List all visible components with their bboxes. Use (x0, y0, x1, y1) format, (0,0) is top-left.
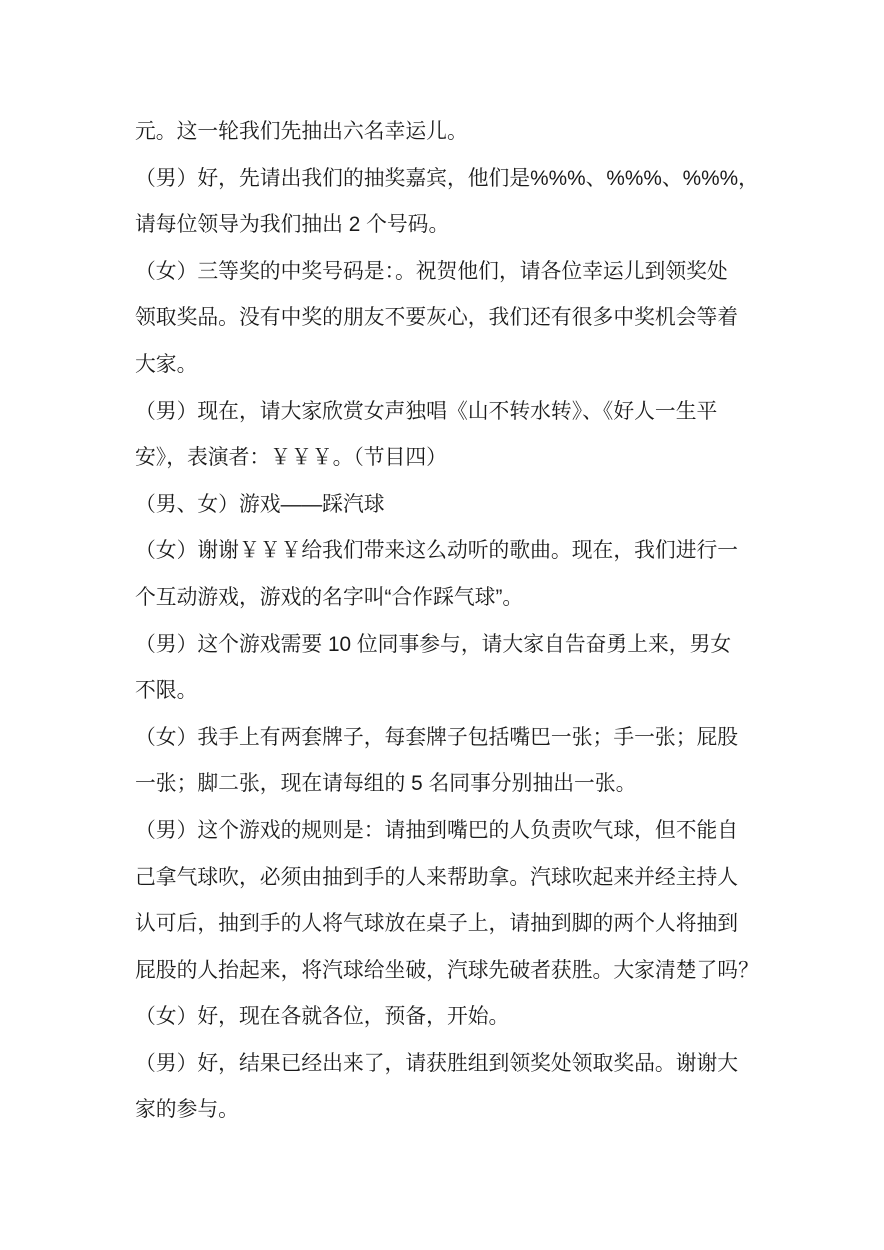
text-line: 领取奖品。没有中奖的朋友不要灰心，我们还有很多中奖机会等着 (135, 295, 824, 342)
text-line: （男）这个游戏的规则是：请抽到嘴巴的人负责吹气球，但不能自 (135, 808, 824, 855)
text-line: 请每位领导为我们抽出 2 个号码。 (135, 202, 824, 249)
paragraph: 元。这一轮我们先抽出六名幸运儿。 (135, 109, 824, 156)
document-page: 元。这一轮我们先抽出六名幸运儿。（男）好，先请出我们的抽奖嘉宾，他们是%%%、%… (0, 0, 884, 1250)
text-line: 家的参与。 (135, 1087, 824, 1134)
text-line: 己拿气球吹，必须由抽到手的人来帮助拿。汽球吹起来并经主持人 (135, 855, 824, 902)
paragraph: （女）谢谢￥￥￥给我们带来这么动听的歌曲。现在，我们进行一个互动游戏，游戏的名字… (135, 528, 824, 621)
text-line: 认可后，抽到手的人将气球放在桌子上，请抽到脚的两个人将抽到 (135, 901, 824, 948)
text-line: （男）好，结果已经出来了，请获胜组到领奖处领取奖品。谢谢大 (135, 1041, 824, 1088)
paragraph: （男）现在，请大家欣赏女声独唱《山不转水转》、《好人一生平安》，表演者：￥￥￥。… (135, 389, 824, 482)
text-line: 不限。 (135, 668, 824, 715)
text-line: （女）好，现在各就各位，预备，开始。 (135, 994, 824, 1041)
paragraph: （男、女）游戏——踩汽球 (135, 482, 824, 529)
text-line: （女）我手上有两套牌子，每套牌子包括嘴巴一张；手一张；屁股 (135, 715, 824, 762)
text-line: （男）好，先请出我们的抽奖嘉宾，他们是%%%、%%%、%%%， (135, 156, 824, 203)
text-line: 安》，表演者：￥￥￥。（节目四） (135, 435, 824, 482)
text-line: （男）现在，请大家欣赏女声独唱《山不转水转》、《好人一生平 (135, 389, 824, 436)
paragraph: （女）好，现在各就各位，预备，开始。 (135, 994, 824, 1041)
text-line: （女）谢谢￥￥￥给我们带来这么动听的歌曲。现在，我们进行一 (135, 528, 824, 575)
text-line: （男、女）游戏——踩汽球 (135, 482, 824, 529)
paragraph: （男）这个游戏的规则是：请抽到嘴巴的人负责吹气球，但不能自己拿气球吹，必须由抽到… (135, 808, 824, 994)
text-line: 个互动游戏，游戏的名字叫“合作踩气球”。 (135, 575, 824, 622)
text-line: （女）三等奖的中奖号码是：。祝贺他们，请各位幸运儿到领奖处 (135, 249, 824, 296)
text-line: （男）这个游戏需要 10 位同事参与，请大家自告奋勇上来，男女 (135, 622, 824, 669)
paragraph: （男）这个游戏需要 10 位同事参与，请大家自告奋勇上来，男女不限。 (135, 622, 824, 715)
paragraph: （男）好，先请出我们的抽奖嘉宾，他们是%%%、%%%、%%%，请每位领导为我们抽… (135, 156, 824, 249)
page: { "page": { "background_color": "#ffffff… (0, 0, 884, 1250)
text-line: 一张；脚二张，现在请每组的 5 名同事分别抽出一张。 (135, 761, 824, 808)
paragraph: （女）我手上有两套牌子，每套牌子包括嘴巴一张；手一张；屁股一张；脚二张，现在请每… (135, 715, 824, 808)
text-line: 元。这一轮我们先抽出六名幸运儿。 (135, 109, 824, 156)
paragraph: （男）好，结果已经出来了，请获胜组到领奖处领取奖品。谢谢大家的参与。 (135, 1041, 824, 1134)
text-line: 大家。 (135, 342, 824, 389)
text-line: 屁股的人抬起来，将汽球给坐破，汽球先破者获胜。大家清楚了吗？ (135, 948, 824, 995)
paragraph: （女）三等奖的中奖号码是：。祝贺他们，请各位幸运儿到领奖处领取奖品。没有中奖的朋… (135, 249, 824, 389)
